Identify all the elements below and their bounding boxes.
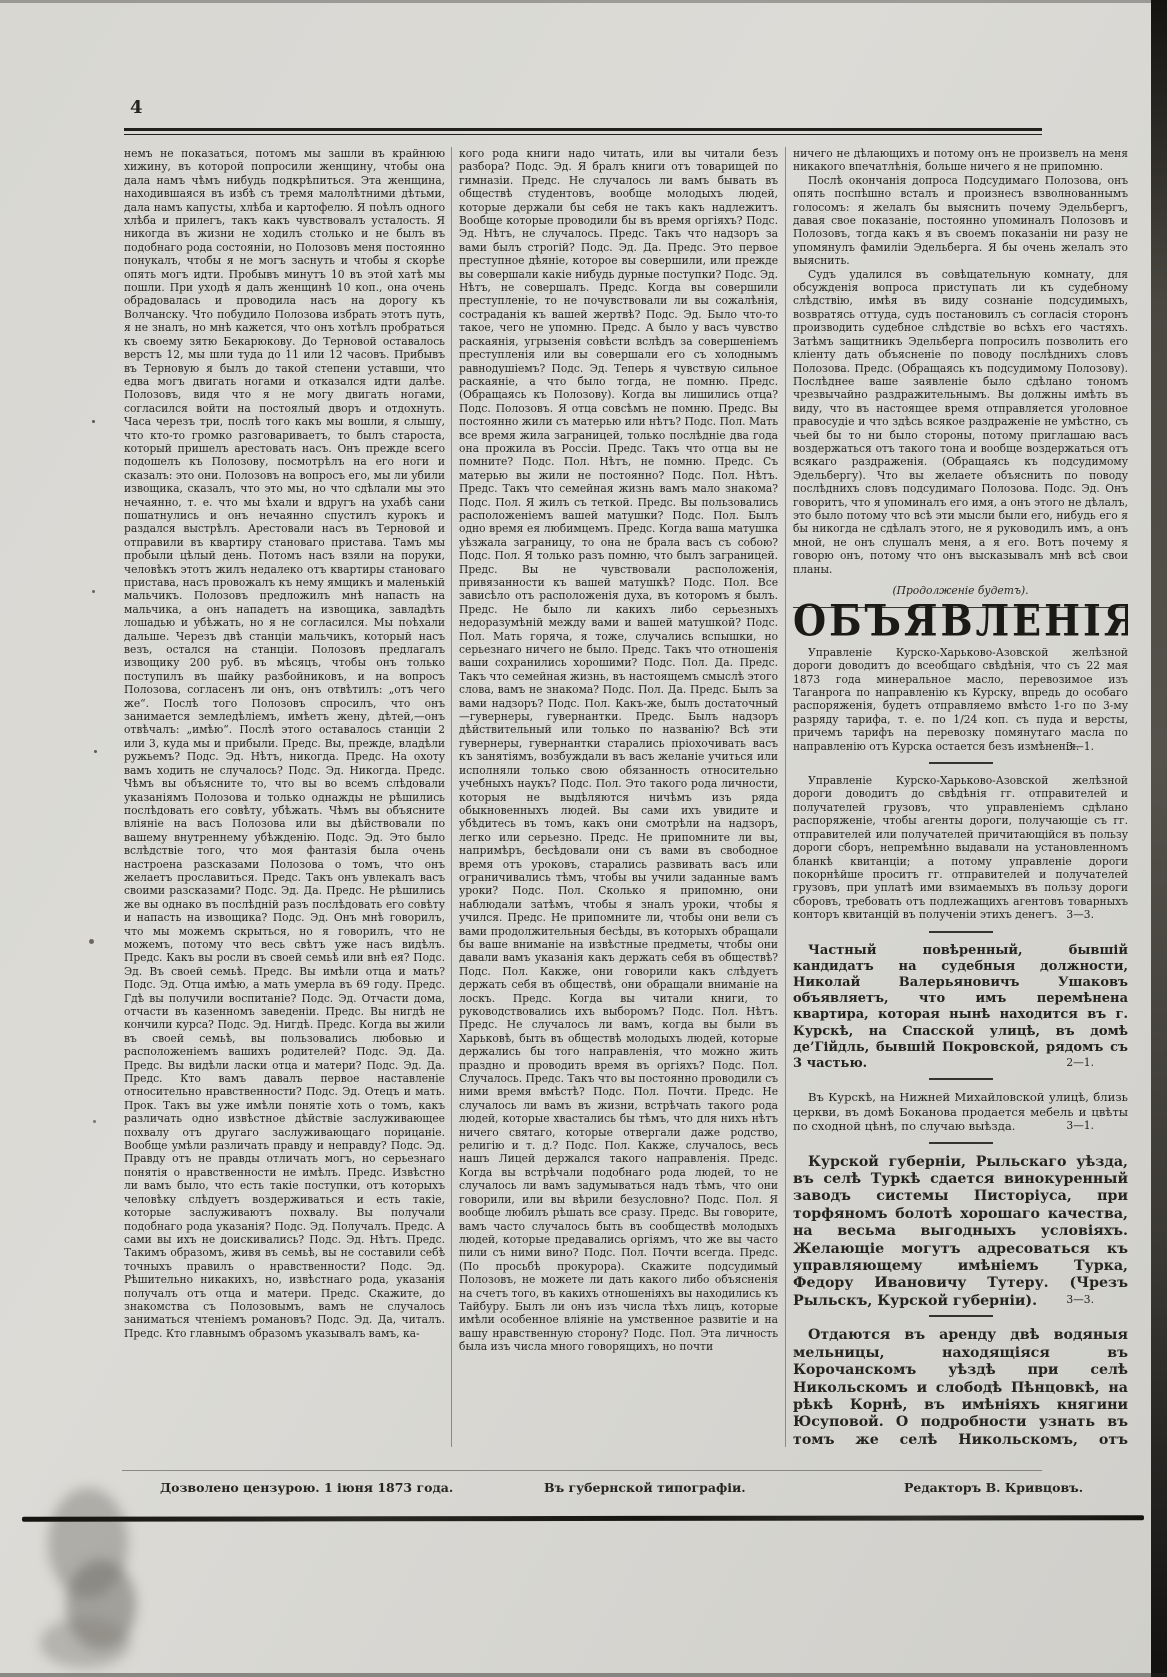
paper-stain: [40, 1618, 130, 1668]
announcement-attorney-ushakov: Частный повѣренный, бывшій кандидатъ на …: [793, 943, 1128, 1073]
court-transcript-col2: кого рода книги надо читать, или вы чита…: [459, 147, 778, 1354]
scan-edge-top: [0, 0, 1167, 3]
scan-edge-right: [1151, 0, 1167, 1677]
column-3: ничего не дѣлающихъ и потому онъ не прои…: [786, 147, 1128, 1447]
column-2: кого рода книги надо читать, или вы чита…: [451, 147, 786, 1447]
bottom-rule: [22, 1515, 1144, 1522]
announcement-divider: [929, 1142, 993, 1144]
text-columns: немъ не показаться, потомъ мы зашли въ к…: [124, 147, 1128, 1447]
page-number: 4: [130, 97, 144, 118]
newspaper-page: 4 немъ не показаться, потомъ мы зашли въ…: [0, 0, 1167, 1677]
court-transcript-col3-p1: ничего не дѣлающихъ и потому онъ не прои…: [793, 147, 1128, 174]
announcement-railway-receipts: Управленіе Курско-Харьково-Азовской желѣ…: [793, 774, 1128, 921]
editor-credit: Редакторъ В. Кривцовъ.: [904, 1480, 1083, 1495]
announcements-title: ОБЪЯВЛЕНІЯ.: [793, 614, 1128, 629]
printer-notice: Въ губернской типографіи.: [544, 1480, 746, 1495]
paper-speckles: [92, 420, 95, 423]
court-transcript-col1: немъ не показаться, потомъ мы зашли въ к…: [124, 147, 445, 1340]
court-transcript-col3-p3: Судъ удалился въ совѣщательную комнату, …: [793, 268, 1128, 576]
imprint-rule: [122, 1470, 1042, 1471]
announcement-distillery-lease: Курской губерніи, Рыльскаго уѣзда, въ се…: [793, 1154, 1128, 1311]
announcement-divider: [929, 1315, 993, 1317]
censorship-notice: Дозволено цензурою. 1 іюня 1873 года.: [160, 1480, 453, 1495]
announcement-divider: [929, 931, 993, 933]
scan-edge-bottom: [0, 1673, 1167, 1677]
column-1: немъ не показаться, потомъ мы зашли въ к…: [124, 147, 451, 1447]
masthead-rule: [124, 128, 1042, 135]
announcement-railway-tariff: Управленіе Курско-Харьково-Азовской желѣ…: [793, 646, 1128, 753]
announcement-watermills-lease: Отдаются въ аренду двѣ водяныя мельницы,…: [793, 1327, 1128, 1447]
court-transcript-col3-p2: Послѣ окончанія допроса Подсудимаго Поло…: [793, 174, 1128, 268]
announcement-divider: [929, 762, 993, 764]
announcement-divider: [929, 1078, 993, 1080]
